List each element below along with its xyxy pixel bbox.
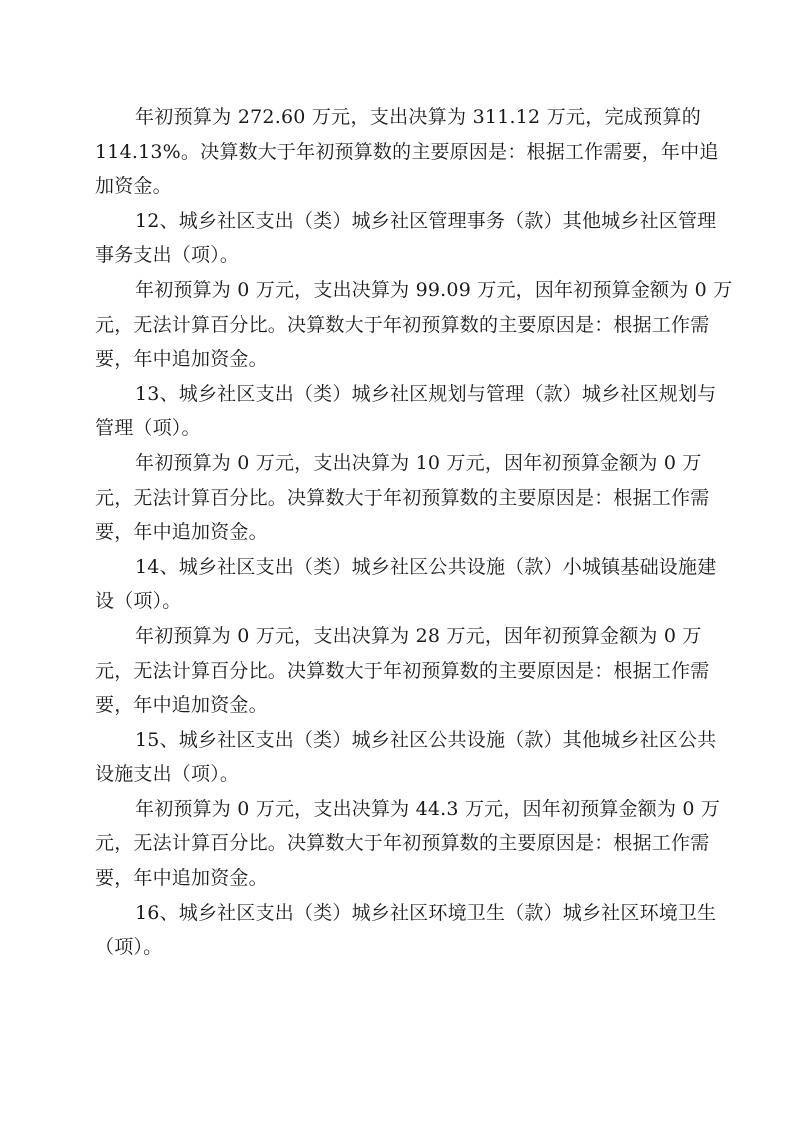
- text-line: 要，年中追加资金。: [95, 342, 701, 377]
- text-line: 要，年中追加资金。: [95, 688, 701, 723]
- section-heading-16: 16、城乡社区支出（类）城乡社区环境卫生（款）城乡社区环境卫生 （项）。: [95, 896, 701, 965]
- text-line: 元，无法计算百分比。决算数大于年初预算数的主要原因是：根据工作需: [95, 654, 701, 689]
- section-heading-12: 12、城乡社区支出（类）城乡社区管理事务（款）其他城乡社区管理 事务支出（项）。: [95, 204, 701, 273]
- text-line: 年初预算为 0 万元，支出决算为 28 万元，因年初预算金额为 0 万: [95, 619, 701, 654]
- text-line: 设（项）。: [95, 584, 701, 619]
- text-line: 设施支出（项）。: [95, 757, 701, 792]
- paragraph-item-13: 年初预算为 0 万元，支出决算为 10 万元，因年初预算金额为 0 万 元，无法…: [95, 446, 701, 550]
- text-line: 15、城乡社区支出（类）城乡社区公共设施（款）其他城乡社区公共: [95, 723, 701, 758]
- text-line: 管理（项）。: [95, 411, 701, 446]
- section-heading-13: 13、城乡社区支出（类）城乡社区规划与管理（款）城乡社区规划与 管理（项）。: [95, 377, 701, 446]
- paragraph-item-12: 年初预算为 0 万元，支出决算为 99.09 万元，因年初预算金额为 0 万 元…: [95, 273, 701, 377]
- text-line: 要，年中追加资金。: [95, 861, 701, 896]
- text-line: 元，无法计算百分比。决算数大于年初预算数的主要原因是：根据工作需: [95, 481, 701, 516]
- text-line: 13、城乡社区支出（类）城乡社区规划与管理（款）城乡社区规划与: [95, 377, 701, 412]
- text-line: 年初预算为 0 万元，支出决算为 99.09 万元，因年初预算金额为 0 万: [95, 273, 701, 308]
- document-page: 年初预算为 272.60 万元，支出决算为 311.12 万元，完成预算的 11…: [95, 100, 701, 965]
- text-line: 加资金。: [95, 169, 701, 204]
- text-line: 年初预算为 0 万元，支出决算为 44.3 万元，因年初预算金额为 0 万: [95, 792, 701, 827]
- text-line: 元，无法计算百分比。决算数大于年初预算数的主要原因是：根据工作需: [95, 308, 701, 343]
- text-line: 114.13%。决算数大于年初预算数的主要原因是：根据工作需要，年中追: [95, 135, 701, 170]
- text-line: 12、城乡社区支出（类）城乡社区管理事务（款）其他城乡社区管理: [95, 204, 701, 239]
- text-line: 年初预算为 0 万元，支出决算为 10 万元，因年初预算金额为 0 万: [95, 446, 701, 481]
- text-line: （项）。: [95, 930, 701, 965]
- paragraph-item-14: 年初预算为 0 万元，支出决算为 28 万元，因年初预算金额为 0 万 元，无法…: [95, 619, 701, 723]
- text-line: 年初预算为 272.60 万元，支出决算为 311.12 万元，完成预算的: [95, 100, 701, 135]
- section-heading-15: 15、城乡社区支出（类）城乡社区公共设施（款）其他城乡社区公共 设施支出（项）。: [95, 723, 701, 792]
- section-heading-14: 14、城乡社区支出（类）城乡社区公共设施（款）小城镇基础设施建 设（项）。: [95, 550, 701, 619]
- text-line: 14、城乡社区支出（类）城乡社区公共设施（款）小城镇基础设施建: [95, 550, 701, 585]
- text-line: 16、城乡社区支出（类）城乡社区环境卫生（款）城乡社区环境卫生: [95, 896, 701, 931]
- text-line: 要，年中追加资金。: [95, 515, 701, 550]
- paragraph-item-15: 年初预算为 0 万元，支出决算为 44.3 万元，因年初预算金额为 0 万 元，…: [95, 792, 701, 896]
- text-line: 元，无法计算百分比。决算数大于年初预算数的主要原因是：根据工作需: [95, 826, 701, 861]
- text-line: 事务支出（项）。: [95, 238, 701, 273]
- paragraph-budget-summary: 年初预算为 272.60 万元，支出决算为 311.12 万元，完成预算的 11…: [95, 100, 701, 204]
